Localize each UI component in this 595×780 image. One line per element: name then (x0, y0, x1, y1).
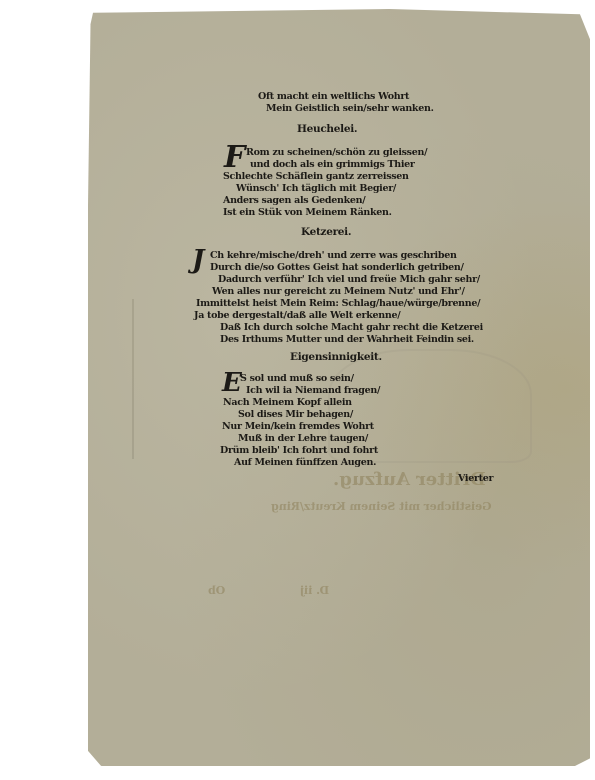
section-heading-eigensinnigkeit: Eigensinnigkeit. (290, 351, 382, 363)
verse-line: Durch die/so Gottes Geist hat sonderlich… (210, 262, 464, 274)
verse-line: Wünsch' Ich täglich mit Begier/ (236, 183, 396, 195)
verse-line: Wen alles nur gereicht zu Meinem Nutz' u… (212, 286, 465, 298)
verse-line: Rom zu scheinen/schön zu gleissen/ (246, 147, 427, 159)
verse-line: und doch als ein grimmigs Thier (250, 159, 415, 171)
section-heading-heuchelei: Heuchelei. (297, 123, 357, 135)
verse-line: Muß in der Lehre taugen/ (238, 433, 368, 445)
verse-line: Sol dises Mir behagen/ (238, 409, 353, 421)
drop-cap-j: J (192, 247, 204, 273)
verse-line: Ist ein Stük von Meinem Ränken. (223, 207, 392, 219)
verse-line: Ich wil ia Niemand fragen/ (246, 385, 380, 397)
verse-line: Nach Meinem Kopf allein (223, 397, 352, 409)
intro-line: Oft macht ein weltlichs Wohrt (258, 91, 409, 103)
verse-line: Ja tobe dergestalt/daß alle Welt erkenne… (194, 310, 400, 322)
verse-line: Des Irthums Mutter und der Wahrheit Fein… (220, 334, 474, 346)
verse-line: S sol und muß so sein/ (240, 373, 354, 385)
book-page: Dritter Aufzug. Geistlicher mit Seinem K… (88, 9, 590, 766)
paper-fold-crease (132, 299, 134, 459)
catchword: Vierter (458, 473, 493, 485)
intro-line: Mein Geistlich sein/sehr wanken. (266, 103, 434, 115)
verse-line: Daß Ich durch solche Macht gahr recht di… (220, 322, 483, 334)
verse-line: Ch kehre/mische/dreh' und zerre was gesc… (210, 250, 457, 262)
verse-line: Nur Mein/kein fremdes Wohrt (222, 421, 374, 433)
verse-line: Dadurch verführ' Ich viel und freüe Mich… (218, 274, 480, 286)
show-through-subtitle: Geistlicher mit Seinem Kreutz/Ring (271, 500, 492, 513)
drop-cap-e: E (222, 370, 242, 396)
verse-line: Anders sagen als Gedenken/ (223, 195, 365, 207)
verse-line: Drüm bleib' Ich fohrt und fohrt (220, 445, 378, 457)
drop-cap-f: F (224, 143, 245, 173)
verse-line: Schlechte Schäflein gantz zerreissen (223, 171, 409, 183)
show-through-page-mark: Ob (208, 584, 225, 597)
verse-line: Auf Meinen fünffzen Augen. (234, 457, 376, 469)
verse-line: Immittelst heist Mein Reim: Schlag/haue/… (196, 298, 480, 310)
section-heading-ketzerei: Ketzerei. (301, 226, 351, 238)
show-through-signature: D. iij (300, 584, 329, 597)
